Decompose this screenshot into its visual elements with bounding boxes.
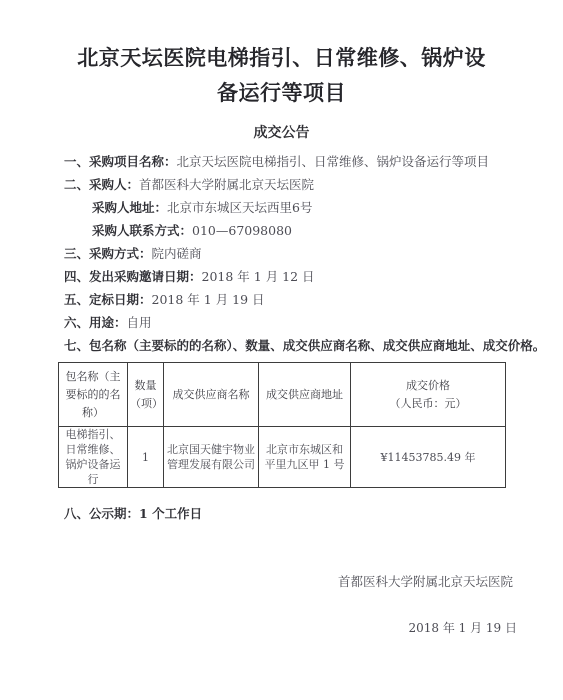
award-table: 包名称（主要标的的名称） 数量 （项） 成交供应商名称 成交供应商地址 成交价格… xyxy=(58,362,506,488)
table-row: 电梯指引、日常维修、锅炉设备运行 1 北京国天健宇物业管理发展有限公司 北京市东… xyxy=(59,427,506,488)
item-value: 1 个工作日 xyxy=(139,506,202,521)
numbered-items: 一、采购项目名称：北京天坛医院电梯指引、日常维修、锅炉设备运行等项目 二、采购人… xyxy=(64,154,539,354)
col-header-quantity: 数量 （项） xyxy=(128,363,164,427)
item-value: 自用 xyxy=(127,315,152,330)
col-header-supplier-name: 成交供应商名称 xyxy=(164,363,259,427)
item-label: 七、包名称（主要标的的名称）、数量、成交供应商名称、成交供应商地址、成交价格。 xyxy=(64,338,545,353)
item-invitation-date: 四、发出采购邀请日期：2018 年 1 月 12 日 xyxy=(64,269,539,285)
item-value: 2018 年 1 月 12 日 xyxy=(202,269,315,284)
document-title: 北京天坛医院电梯指引、日常维修、锅炉设备运行等项目 xyxy=(72,40,492,110)
col-header-price-line1: 成交价格 xyxy=(353,377,503,395)
item-value: 2018 年 1 月 19 日 xyxy=(152,292,265,307)
item-value: 首都医科大学附属北京天坛医院 xyxy=(139,177,314,192)
item-purchaser-address: 采购人地址：北京市东城区天坛西里6号 xyxy=(64,200,539,216)
item-award-date: 五、定标日期：2018 年 1 月 19 日 xyxy=(64,292,539,308)
item-label: 二、采购人： xyxy=(64,177,139,192)
item-label: 采购人地址： xyxy=(92,200,167,215)
item-label: 八、公示期： xyxy=(64,506,139,521)
item-purpose: 六、用途：自用 xyxy=(64,315,539,331)
item-purchaser: 二、采购人：首都医科大学附属北京天坛医院 xyxy=(64,177,539,193)
item-label: 五、定标日期： xyxy=(64,292,152,307)
col-header-supplier-address: 成交供应商地址 xyxy=(259,363,351,427)
item-value: 院内磋商 xyxy=(152,246,202,261)
cell-quantity: 1 xyxy=(128,427,164,488)
cell-supplier-name: 北京国天健宇物业管理发展有限公司 xyxy=(164,427,259,488)
table-header-row: 包名称（主要标的的名称） 数量 （项） 成交供应商名称 成交供应商地址 成交价格… xyxy=(59,363,506,427)
item-label: 四、发出采购邀请日期： xyxy=(64,269,202,284)
item-label: 三、采购方式： xyxy=(64,246,152,261)
signature-org: 首都医科大学附属北京天坛医院 xyxy=(0,572,563,590)
cell-package-name: 电梯指引、日常维修、锅炉设备运行 xyxy=(59,427,128,488)
item-label: 采购人联系方式： xyxy=(92,223,192,238)
item-value: 010—67098080 xyxy=(192,223,292,238)
col-header-quantity-line1: 数量 xyxy=(130,377,161,395)
item-table-intro: 七、包名称（主要标的的名称）、数量、成交供应商名称、成交供应商地址、成交价格。 xyxy=(64,338,539,354)
item-purchaser-contact: 采购人联系方式：010—67098080 xyxy=(64,223,539,239)
item-value: 北京市东城区天坛西里6号 xyxy=(167,200,312,215)
col-header-package-name: 包名称（主要标的的名称） xyxy=(59,363,128,427)
col-header-price: 成交价格 （人民币：元） xyxy=(351,363,506,427)
signature-date: 2018 年 1 月 19 日 xyxy=(0,619,563,636)
item-procurement-method: 三、采购方式：院内磋商 xyxy=(64,246,539,262)
item-publicity-period: 八、公示期：1 个工作日 xyxy=(64,506,539,522)
document-subtitle: 成交公告 xyxy=(0,122,563,142)
announcement-document: 北京天坛医院电梯指引、日常维修、锅炉设备运行等项目 成交公告 一、采购项目名称：… xyxy=(0,0,563,700)
col-header-price-line2: （人民币：元） xyxy=(353,395,503,413)
col-header-quantity-line2: （项） xyxy=(130,395,161,413)
item-label: 六、用途： xyxy=(64,315,127,330)
item-label: 一、采购项目名称： xyxy=(64,154,177,169)
cell-supplier-address: 北京市东城区和平里九区甲 1 号 xyxy=(259,427,351,488)
item-project-name: 一、采购项目名称：北京天坛医院电梯指引、日常维修、锅炉设备运行等项目 xyxy=(64,154,539,170)
item-value: 北京天坛医院电梯指引、日常维修、锅炉设备运行等项目 xyxy=(177,154,490,169)
cell-price: ¥11453785.49 年 xyxy=(351,427,506,488)
